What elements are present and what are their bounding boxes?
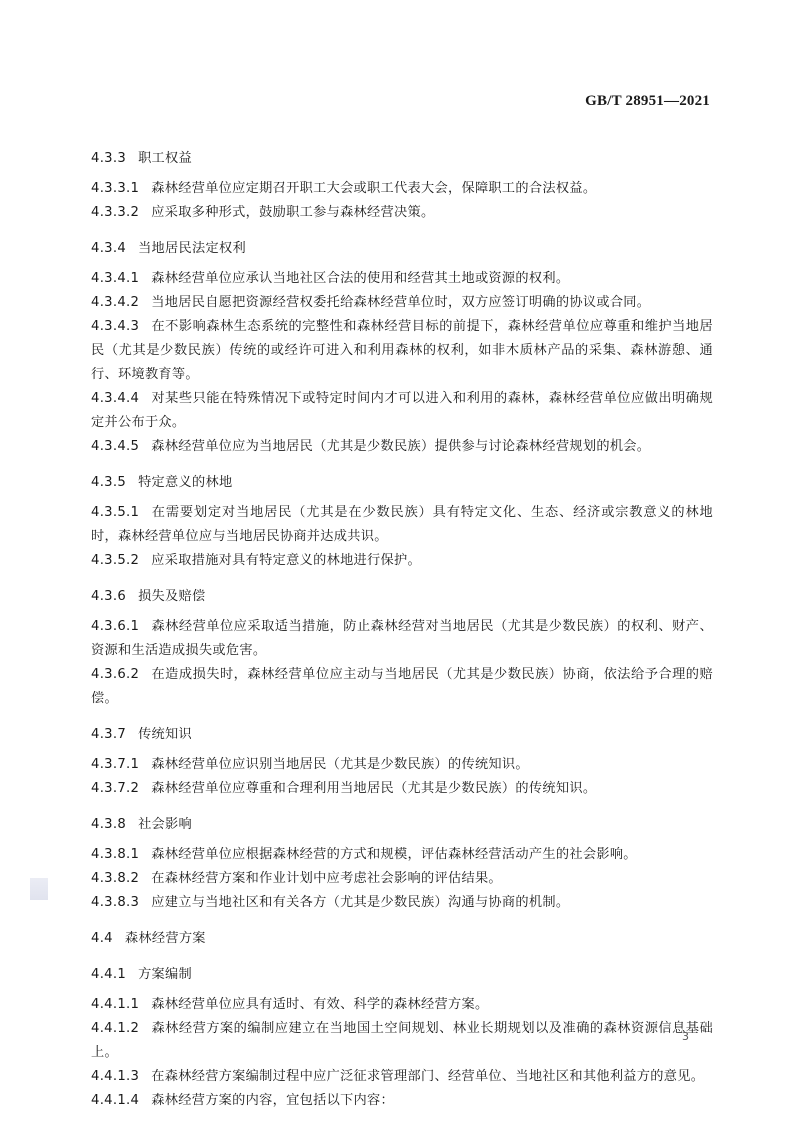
clause-paragraph: 4.3.4.4对某些只能在特殊情况下或特定时间内才可以进入和利用的森林，森林经营… (91, 387, 713, 435)
clause-number: 4.3.3 (91, 147, 126, 171)
clause-number: 4.4 (91, 927, 113, 951)
clause-text: 在不影响森林生态系统的完整性和森林经营目标的前提下，森林经营单位应尊重和维护当地… (91, 319, 713, 382)
clause-text: 森林经营单位应采取适当措施，防止森林经营对当地居民（尤其是少数民族）的权利、财产… (91, 619, 713, 658)
clause-text: 森林经营单位应尊重和合理利用当地居民（尤其是少数民族）的传统知识。 (151, 781, 596, 796)
clause-number: 4.3.8.2 (91, 867, 139, 891)
standard-code: GB/T 28951—2021 (585, 93, 710, 110)
clause-paragraph: 4.3.5.1在需要划定对当地居民（尤其是在少数民族）具有特定文化、生态、经济或… (91, 501, 713, 549)
clause-number: 4.4.1.4 (91, 1089, 139, 1113)
section-heading: 4.3.8社会影响 (91, 813, 713, 837)
section-heading: 4.3.4当地居民法定权利 (91, 237, 713, 261)
clause-paragraph: 4.3.8.1森林经营单位应根据森林经营的方式和规模，评估森林经营活动产生的社会… (91, 843, 713, 867)
clause-number: 4.4.1.3 (91, 1065, 139, 1089)
section-heading: 4.4森林经营方案 (91, 927, 713, 951)
clause-paragraph: 4.3.4.2当地居民自愿把资源经营权委托给森林经营单位时，双方应签订明确的协议… (91, 291, 713, 315)
clause-text: 森林经营单位应根据森林经营的方式和规模，评估森林经营活动产生的社会影响。 (151, 847, 637, 862)
heading-text: 损失及赔偿 (138, 589, 205, 604)
document-body: 4.3.3职工权益4.3.3.1森林经营单位应定期召开职工大会或职工代表大会，保… (91, 143, 713, 1113)
clause-text: 对某些只能在特殊情况下或特定时间内才可以进入和利用的森林，森林经营单位应做出明确… (91, 391, 713, 430)
clause-text: 森林经营单位应识别当地居民（尤其是少数民族）的传统知识。 (151, 757, 529, 772)
section-heading: 4.3.6损失及赔偿 (91, 585, 713, 609)
heading-text: 社会影响 (138, 817, 192, 832)
clause-text: 在森林经营方案编制过程中应广泛征求管理部门、经营单位、当地社区和其他利益方的意见… (151, 1069, 704, 1084)
clause-paragraph: 4.3.7.1森林经营单位应识别当地居民（尤其是少数民族）的传统知识。 (91, 753, 713, 777)
clause-paragraph: 4.3.8.2在森林经营方案和作业计划中应考虑社会影响的评估结果。 (91, 867, 713, 891)
clause-number: 4.3.5.1 (91, 501, 139, 525)
clause-number: 4.3.4.3 (91, 315, 139, 339)
clause-text: 应采取措施对具有特定意义的林地进行保护。 (151, 553, 421, 568)
clause-number: 4.4.1.1 (91, 993, 139, 1017)
clause-number: 4.3.6 (91, 585, 126, 609)
clause-paragraph: 4.3.4.5森林经营单位应为当地居民（尤其是少数民族）提供参与讨论森林经营规划… (91, 435, 713, 459)
clause-number: 4.3.7.2 (91, 777, 139, 801)
clause-number: 4.3.7.1 (91, 753, 139, 777)
clause-number: 4.3.4.5 (91, 435, 139, 459)
clause-paragraph: 4.4.1.2森林经营方案的编制应建立在当地国土空间规划、林业长期规划以及准确的… (91, 1017, 713, 1065)
clause-paragraph: 4.3.8.3应建立与当地社区和有关各方（尤其是少数民族）沟通与协商的机制。 (91, 891, 713, 915)
clause-number: 4.3.4.2 (91, 291, 139, 315)
heading-text: 特定意义的林地 (138, 475, 232, 490)
clause-number: 4.3.3.2 (91, 201, 139, 225)
clause-number: 4.3.5.2 (91, 549, 139, 573)
section-heading: 4.3.3职工权益 (91, 147, 713, 171)
clause-number: 4.3.5 (91, 471, 126, 495)
clause-number: 4.3.4.4 (91, 387, 139, 411)
clause-number: 4.3.7 (91, 723, 126, 747)
section-heading: 4.3.5特定意义的林地 (91, 471, 713, 495)
clause-text: 在造成损失时，森林经营单位应主动与当地居民（尤其是少数民族）协商，依法给予合理的… (91, 667, 713, 706)
clause-paragraph: 4.3.7.2森林经营单位应尊重和合理利用当地居民（尤其是少数民族）的传统知识。 (91, 777, 713, 801)
clause-number: 4.3.3.1 (91, 177, 139, 201)
clause-paragraph: 4.3.6.1森林经营单位应采取适当措施，防止森林经营对当地居民（尤其是少数民族… (91, 615, 713, 663)
clause-paragraph: 4.3.6.2在造成损失时，森林经营单位应主动与当地居民（尤其是少数民族）协商，… (91, 663, 713, 711)
clause-text: 森林经营单位应为当地居民（尤其是少数民族）提供参与讨论森林经营规划的机会。 (151, 439, 650, 454)
clause-paragraph: 4.3.4.1森林经营单位应承认当地社区合法的使用和经营其土地或资源的权利。 (91, 267, 713, 291)
clause-number: 4.3.4 (91, 237, 126, 261)
heading-text: 当地居民法定权利 (138, 241, 246, 256)
clause-paragraph: 4.4.1.3在森林经营方案编制过程中应广泛征求管理部门、经营单位、当地社区和其… (91, 1065, 713, 1089)
clause-number: 4.3.8.1 (91, 843, 139, 867)
clause-text: 森林经营单位应具有适时、有效、科学的森林经营方案。 (151, 997, 488, 1012)
clause-paragraph: 4.3.3.1森林经营单位应定期召开职工大会或职工代表大会，保障职工的合法权益。 (91, 177, 713, 201)
heading-text: 职工权益 (138, 151, 192, 166)
clause-text: 应采取多种形式，鼓励职工参与森林经营决策。 (151, 205, 434, 220)
clause-paragraph: 4.4.1.4森林经营方案的内容，宜包括以下内容： (91, 1089, 713, 1113)
clause-text: 森林经营方案的内容，宜包括以下内容： (151, 1093, 394, 1108)
clause-number: 4.3.8 (91, 813, 126, 837)
section-heading: 4.3.7传统知识 (91, 723, 713, 747)
clause-number: 4.3.4.1 (91, 267, 139, 291)
clause-text: 应建立与当地社区和有关各方（尤其是少数民族）沟通与协商的机制。 (151, 895, 569, 910)
heading-text: 传统知识 (138, 727, 192, 742)
clause-paragraph: 4.3.5.2应采取措施对具有特定意义的林地进行保护。 (91, 549, 713, 573)
heading-text: 森林经营方案 (125, 931, 206, 946)
section-heading: 4.4.1方案编制 (91, 963, 713, 987)
clause-text: 森林经营单位应承认当地社区合法的使用和经营其土地或资源的权利。 (151, 271, 569, 286)
clause-text: 森林经营方案的编制应建立在当地国土空间规划、林业长期规划以及准确的森林资源信息基… (91, 1021, 713, 1060)
clause-number: 4.3.6.2 (91, 663, 139, 687)
clause-text: 在需要划定对当地居民（尤其是在少数民族）具有特定文化、生态、经济或宗教意义的林地… (91, 505, 713, 544)
side-margin-mark (30, 878, 48, 900)
clause-number: 4.4.1 (91, 963, 126, 987)
heading-text: 方案编制 (138, 967, 192, 982)
clause-text: 在森林经营方案和作业计划中应考虑社会影响的评估结果。 (151, 871, 502, 886)
page-number: 3 (682, 1030, 689, 1043)
clause-paragraph: 4.4.1.1森林经营单位应具有适时、有效、科学的森林经营方案。 (91, 993, 713, 1017)
clause-number: 4.3.6.1 (91, 615, 139, 639)
clause-paragraph: 4.3.3.2应采取多种形式，鼓励职工参与森林经营决策。 (91, 201, 713, 225)
clause-number: 4.3.8.3 (91, 891, 139, 915)
clause-number: 4.4.1.2 (91, 1017, 139, 1041)
clause-paragraph: 4.3.4.3在不影响森林生态系统的完整性和森林经营目标的前提下，森林经营单位应… (91, 315, 713, 387)
clause-text: 森林经营单位应定期召开职工大会或职工代表大会，保障职工的合法权益。 (151, 181, 596, 196)
clause-text: 当地居民自愿把资源经营权委托给森林经营单位时，双方应签订明确的协议或合同。 (151, 295, 650, 310)
